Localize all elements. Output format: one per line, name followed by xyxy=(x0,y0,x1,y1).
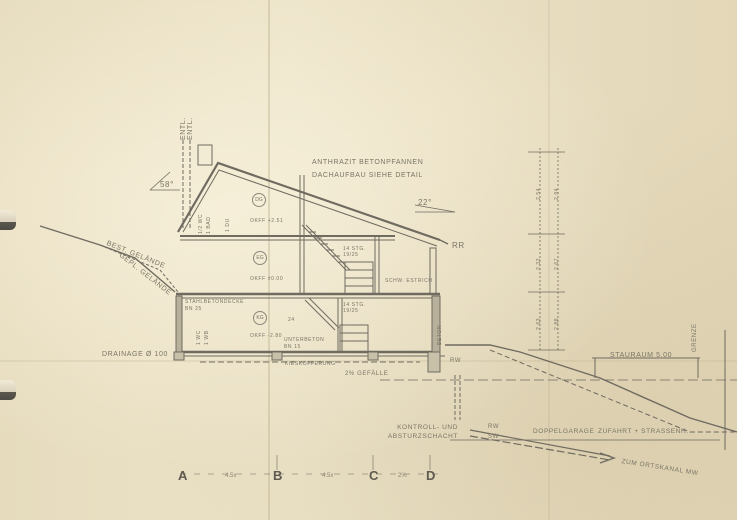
roof-pitch-right: 22° xyxy=(418,198,432,207)
room-number-ground: EG xyxy=(253,251,267,265)
stair-lower-label: 14 STG. 19/25 xyxy=(343,302,373,314)
garage-label: DOPPELGARAGE xyxy=(533,428,594,435)
rainwater-pipe-label: RW xyxy=(488,424,499,430)
drainage-label: DRAINAGE Ø 100 xyxy=(102,351,168,358)
screed-label: SCHW. ESTRICH xyxy=(385,278,433,284)
axis-d: D xyxy=(426,468,435,483)
wall-label: 1 DU xyxy=(225,218,231,232)
axis-a: A xyxy=(178,468,187,483)
rainwater-label: RW xyxy=(450,358,461,364)
storage-space-label: STAURAUM 5.00 xyxy=(610,352,672,359)
axis-b: B xyxy=(273,468,282,483)
roof-detail-label: DACHAUFBAU SIEHE DETAIL xyxy=(312,172,423,179)
gravel-label: KIESKOFFERUNG xyxy=(285,361,336,367)
room-number-basement: KG xyxy=(253,311,267,325)
level-basement: OKFF -2.80 xyxy=(250,333,282,339)
height-dim: 2.63 xyxy=(536,318,542,330)
ground-slab-grade: BN 25 xyxy=(185,306,202,312)
axis-spacing: 2% xyxy=(398,473,407,479)
height-dim: 2.94 xyxy=(554,188,560,200)
vent-label-right: ENTL. xyxy=(187,117,194,140)
roof-material-label: ANTHRAZIT BETONPFANNEN xyxy=(312,159,423,166)
ridge-marker: RR xyxy=(452,241,465,250)
wall-label: 1 BAD xyxy=(206,217,212,234)
height-dim: 2.32 xyxy=(536,258,542,270)
boundary-label: GRENZE xyxy=(692,323,698,352)
axis-spacing: 4.5x xyxy=(225,473,236,479)
wall-label: 1 WC xyxy=(196,330,202,345)
axis-spacing: 4.5x xyxy=(322,473,333,479)
roof-pitch-left: 58° xyxy=(160,180,174,189)
wall-label: 1 WB xyxy=(204,330,210,345)
section-drawing xyxy=(0,0,737,520)
height-dim: 2.54 xyxy=(536,188,542,200)
vent-label-left: ENTL. xyxy=(180,117,187,140)
height-dim: 2.67 xyxy=(554,258,560,270)
level-ground: OKFF ±0.00 xyxy=(250,276,283,282)
sewage-pipe-label: SW xyxy=(488,434,499,440)
level-attic: OKFF +2.51 xyxy=(250,218,283,224)
control-shaft-label: KONTROLL- UND ABSTURZSCHACHT xyxy=(386,423,458,441)
wall-label: 1/2 WC xyxy=(198,214,204,234)
retaining-wall-label: BETON xyxy=(437,325,443,345)
height-dim: 2.88 xyxy=(554,318,560,330)
base-slab-grade: BN 15 xyxy=(284,344,301,350)
wall-thickness: 24 xyxy=(288,317,295,323)
stair-upper-label: 14 STG. 19/25 xyxy=(343,246,373,258)
axis-c: C xyxy=(369,468,378,483)
ground-slab-label: STAHLBETONDECKE xyxy=(185,299,244,305)
fall-label: 2% GEFÄLLE xyxy=(345,371,388,377)
base-slab-label: UNTERBETON xyxy=(284,337,324,343)
room-number-attic: DG xyxy=(252,193,266,207)
access-label: ZUFAHRT + STRASSENH. xyxy=(598,428,689,435)
